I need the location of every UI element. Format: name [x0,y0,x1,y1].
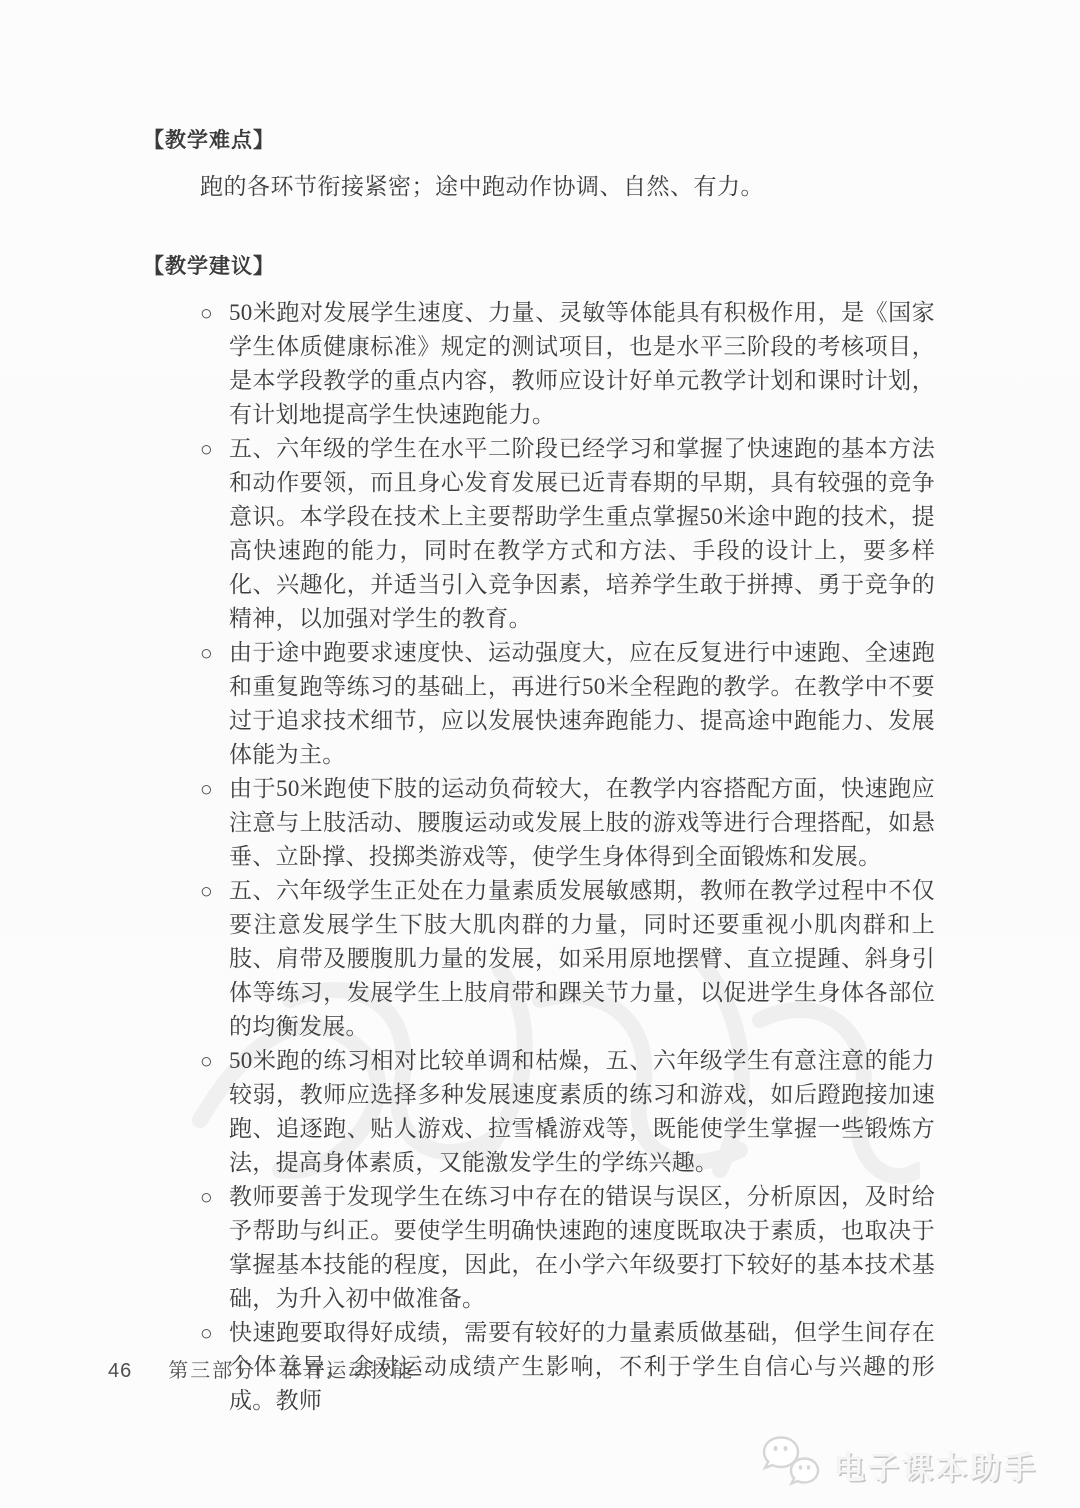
footer-part-title: 体育运动技能 [282,1354,414,1383]
suggestion-text: 50米跑的练习相对比较单调和枯燥，五、六年级学生有意注意的能力较弱，教师应选择多… [229,1044,935,1180]
brand-watermark-label: 电子课本助手 [834,1443,1038,1488]
suggestion-text: 由于途中跑要求速度快、运动强度大，应在反复进行中速跑、全速跑和重复跑等练习的基础… [229,636,935,772]
suggestion-text: 教师要善于发现学生在练习中存在的错误与误区，分析原因，及时给予帮助与纠正。要使学… [229,1180,935,1316]
suggestion-item: ○50米跑的练习相对比较单调和枯燥，五、六年级学生有意注意的能力较弱，教师应选择… [200,1044,935,1180]
circle-bullet-icon: ○ [200,636,229,670]
suggestion-item: ○五、六年级学生正处在力量素质发展敏感期，教师在教学过程中不仅要注意发展学生下肢… [200,874,935,1044]
teaching-suggestions-heading: 【教学建议】 [143,252,935,282]
teaching-difficulty-heading: 【教学难点】 [143,126,935,156]
circle-bullet-icon: ○ [200,296,229,330]
page-content: 【教学难点】 跑的各环节衔接紧密；途中跑动作协调、自然、有力。 【教学建议】 ○… [143,126,935,1418]
scanned-textbook-page: 【教学难点】 跑的各环节衔接紧密；途中跑动作协调、自然、有力。 【教学建议】 ○… [0,0,1080,1508]
section-teaching-suggestions: 【教学建议】 ○50米跑对发展学生速度、力量、灵敏等体能具有积极作用，是《国家学… [143,252,935,1418]
suggestion-text: 五、六年级的学生在水平二阶段已经学习和掌握了快速跑的基本方法和动作要领，而且身心… [229,432,935,636]
suggestion-item: ○由于途中跑要求速度快、运动强度大，应在反复进行中速跑、全速跑和重复跑等练习的基… [200,636,935,772]
suggestion-text: 50米跑对发展学生速度、力量、灵敏等体能具有积极作用，是《国家学生体质健康标准》… [229,296,935,432]
circle-bullet-icon: ○ [200,1044,229,1078]
page-footer: 46 第三部分 体育运动技能 [108,1354,414,1383]
suggestion-text: 五、六年级学生正处在力量素质发展敏感期，教师在教学过程中不仅要注意发展学生下肢大… [229,874,935,1044]
circle-bullet-icon: ○ [200,874,229,908]
circle-bullet-icon: ○ [200,432,229,466]
chat-bubbles-logo-icon [760,1436,822,1494]
circle-bullet-icon: ○ [200,1180,229,1214]
section-spacer [143,204,935,252]
suggestion-item: ○五、六年级的学生在水平二阶段已经学习和掌握了快速跑的基本方法和动作要领，而且身… [200,432,935,636]
section-teaching-difficulty: 【教学难点】 跑的各环节衔接紧密；途中跑动作协调、自然、有力。 [143,126,935,204]
circle-bullet-icon: ○ [200,772,229,806]
suggestion-item: ○教师要善于发现学生在练习中存在的错误与误区，分析原因，及时给予帮助与纠正。要使… [200,1180,935,1316]
circle-bullet-icon: ○ [200,1316,229,1350]
suggestion-item: ○由于50米跑使下肢的运动负荷较大，在教学内容搭配方面，快速跑应注意与上肢活动、… [200,772,935,874]
footer-part-label: 第三部分 [168,1354,256,1383]
page-number: 46 [108,1360,132,1383]
teaching-difficulty-text: 跑的各环节衔接紧密；途中跑动作协调、自然、有力。 [200,170,935,204]
suggestion-text: 由于50米跑使下肢的运动负荷较大，在教学内容搭配方面，快速跑应注意与上肢活动、腰… [229,772,935,874]
brand-watermark: 电子课本助手 [760,1436,1038,1494]
suggestion-list: ○50米跑对发展学生速度、力量、灵敏等体能具有积极作用，是《国家学生体质健康标准… [200,296,935,1418]
suggestion-item: ○50米跑对发展学生速度、力量、灵敏等体能具有积极作用，是《国家学生体质健康标准… [200,296,935,432]
